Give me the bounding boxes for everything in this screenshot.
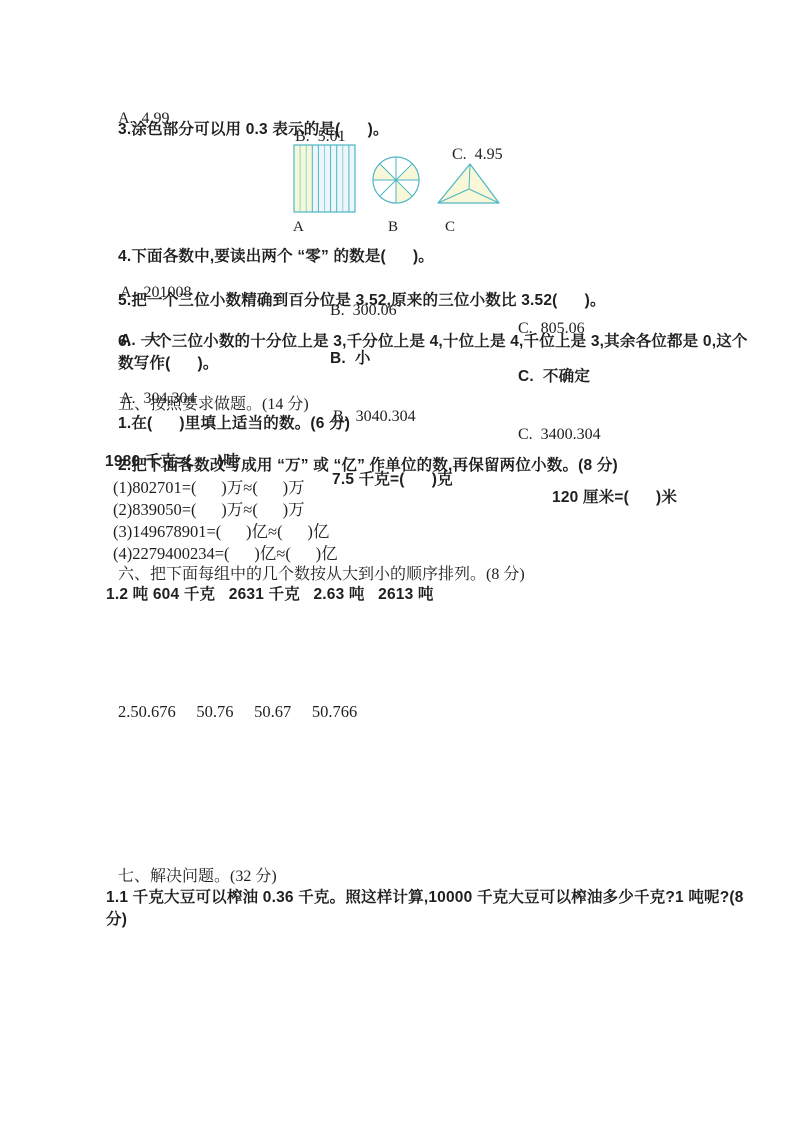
section6-item-2: 2.50.676 50.76 50.67 50.766 (118, 702, 357, 722)
figure-b-circle (373, 157, 419, 203)
question3-figures (285, 140, 515, 240)
rewrite-item-1: (1)802701=( )万≈( )万 (113, 474, 305, 498)
question3-text: 3.涂色部分可以用 0.3 表示的是( )。 (118, 117, 389, 139)
question5-text: 5.把一个三位小数精确到百分位是 3.52,原来的三位小数比 3.52( )。 (118, 288, 606, 310)
unit-conversion-item-3: 120 厘米=( )米 (552, 485, 677, 507)
figure-a-square (294, 145, 355, 212)
section7-q1-line1: 1.1 千克大豆可以榨油 0.36 千克。照这样计算,10000 千克大豆可以榨… (106, 885, 744, 907)
section5-q1-text: 1.在( )里填上适当的数。(6 分) (118, 411, 350, 433)
figure-label-c: C (445, 219, 455, 236)
question6-text-line1: 6. 一个三位小数的十分位上是 3,千分位上是 4,十位上是 4,千位上是 3,… (118, 329, 748, 351)
figure-label-a: A (293, 219, 304, 236)
question4-text: 4.下面各数中,要读出两个 “零” 的数是( )。 (118, 244, 434, 266)
test-paper-page: A. 4.99 B. 5.01 C. 4.95 3.涂色部分可以用 0.3 表示… (0, 0, 793, 1122)
question6-text-line2: 数写作( )。 (118, 351, 219, 373)
rewrite-item-2: (2)839050=( )万≈( )万 (113, 496, 305, 520)
section5-q2-text: 2.把下面各数改写成用 “万” 或 “亿” 作单位的数,再保留两位小数。(8 分… (118, 453, 618, 475)
section7-q1-line2: 分) (106, 907, 127, 929)
section6-item-1: 1.2 吨 604 千克 2631 千克 2.63 吨 2613 吨 (106, 582, 434, 604)
section6-title: 六、把下面每组中的几个数按从大到小的顺序排列。(8 分) (118, 561, 525, 584)
rewrite-item-3: (3)149678901=( )亿≈( )亿 (113, 518, 329, 542)
section7-title: 七、解决问题。(32 分) (118, 863, 277, 886)
figure-c-triangle (438, 164, 499, 203)
figure-label-b: B (388, 219, 398, 236)
